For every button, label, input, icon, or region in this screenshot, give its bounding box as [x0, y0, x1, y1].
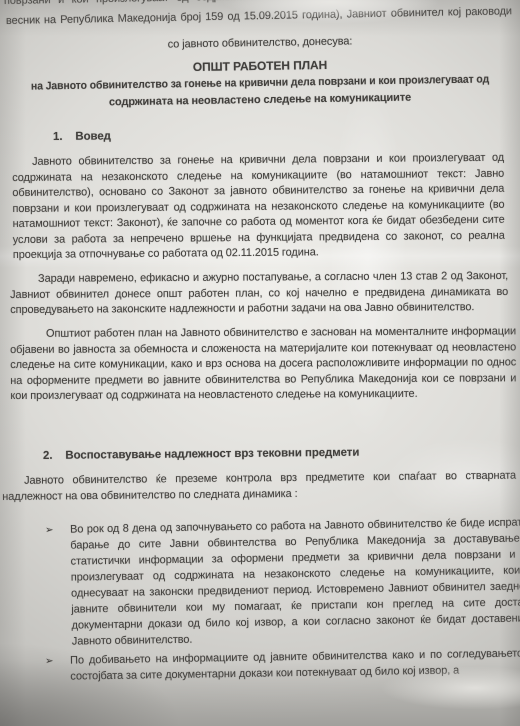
paragraph: Општиот работен план на Јавното обвините… [10, 324, 516, 404]
arrow-bullet-icon: ➢ [45, 522, 72, 650]
paragraph: Заради навремено, ефикасно и ажурно пост… [10, 269, 508, 319]
paragraph: Јавното обвинителство ќе преземе контрол… [2, 469, 516, 505]
bullet-text: По добивањето на информациите од јавните… [70, 645, 520, 684]
arrow-bullet-icon: ➢ [45, 653, 70, 685]
section-number: 2. [43, 448, 53, 464]
bullet-item: ➢ Во рок од 8 дена од започнувањето со р… [45, 514, 520, 650]
section-heading-label: Воспоставување надлежност врз тековни пр… [65, 447, 359, 462]
photographed-document-page: поврзани и кои произлегуваат од содржина… [0, 0, 520, 726]
section-1-heading: 1.Вовед [53, 128, 111, 145]
section-heading-label: Вовед [75, 130, 111, 142]
bullet-text: Во рок од 8 дена од започнувањето со раб… [70, 514, 520, 649]
preamble-line: со јавното обвинителство, донесува: [0, 30, 520, 55]
bullet-item: ➢ По добивањето на информациите од јавни… [45, 645, 520, 685]
paragraph: Јавното обвинителство за гонење на криви… [12, 151, 505, 264]
section-2-heading: 2.Воспоставување надлежност врз тековни … [43, 445, 359, 464]
section-number: 1. [53, 129, 63, 145]
